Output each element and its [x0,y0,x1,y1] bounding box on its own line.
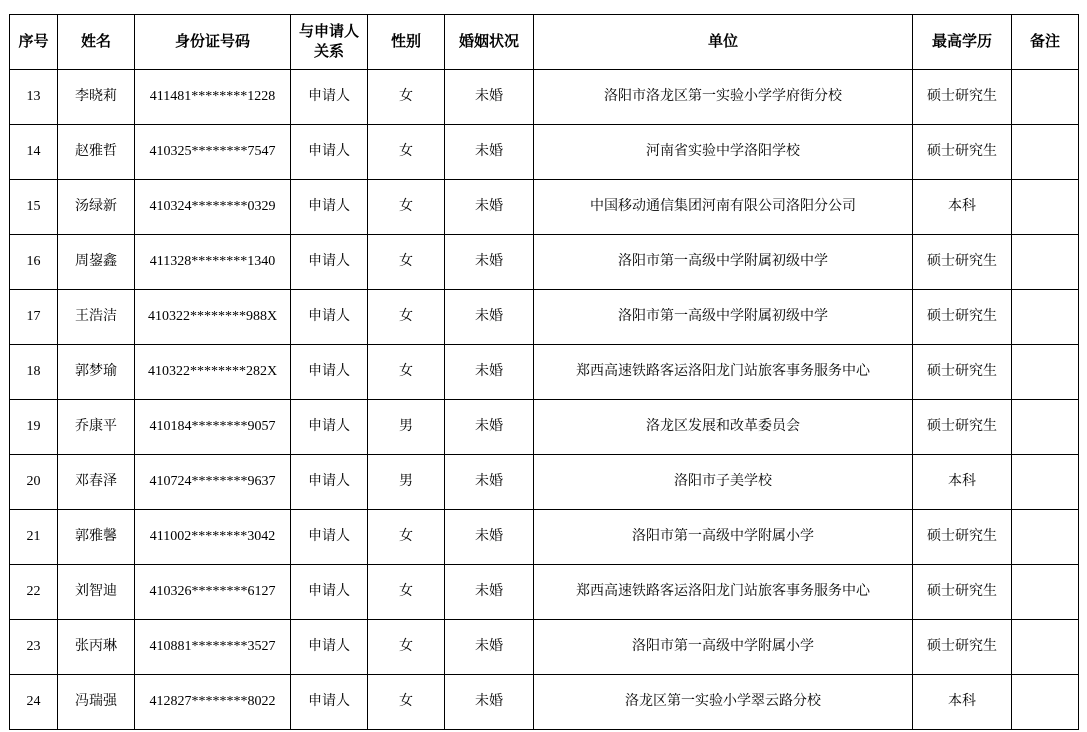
table-cell-name: 王浩洁 [58,290,135,345]
table-cell-name: 汤绿新 [58,180,135,235]
table-cell-education: 硕士研究生 [913,510,1012,565]
table-cell-education: 硕士研究生 [913,565,1012,620]
table-cell-seq: 23 [10,620,58,675]
table-cell-gender: 女 [368,235,445,290]
table-cell-gender: 女 [368,290,445,345]
table-cell-relation: 申请人 [291,180,368,235]
table-cell-gender: 女 [368,510,445,565]
table-cell-seq: 13 [10,70,58,125]
table-cell-education: 硕士研究生 [913,290,1012,345]
column-header-education: 最高学历 [913,15,1012,70]
table-cell-gender: 女 [368,675,445,730]
table-cell-id: 411328********1340 [135,235,291,290]
table-cell-marital: 未婚 [445,620,534,675]
table-cell-remark [1012,620,1079,675]
applicant-table: 序号 姓名 身份证号码 与申请人关系 性别 婚姻状况 单位 最高学历 备注 13… [9,14,1079,730]
table-cell-relation: 申请人 [291,235,368,290]
column-header-remark: 备注 [1012,15,1079,70]
table-cell-remark [1012,565,1079,620]
table-cell-education: 硕士研究生 [913,400,1012,455]
table-cell-relation: 申请人 [291,675,368,730]
table-cell-relation: 申请人 [291,125,368,180]
table-cell-unit: 洛阳市洛龙区第一实验小学学府街分校 [534,70,913,125]
table-cell-marital: 未婚 [445,675,534,730]
table-cell-id: 411481********1228 [135,70,291,125]
table-cell-unit: 洛龙区发展和改革委员会 [534,400,913,455]
table-row: 13李晓莉411481********1228申请人女未婚洛阳市洛龙区第一实验小… [10,70,1079,125]
table-cell-remark [1012,180,1079,235]
table-cell-name: 赵雅哲 [58,125,135,180]
table-cell-name: 郭雅馨 [58,510,135,565]
table-cell-marital: 未婚 [445,70,534,125]
table-cell-unit: 中国移动通信集团河南有限公司洛阳分公司 [534,180,913,235]
table-body: 13李晓莉411481********1228申请人女未婚洛阳市洛龙区第一实验小… [10,70,1079,730]
table-cell-id: 410724********9637 [135,455,291,510]
table-cell-marital: 未婚 [445,455,534,510]
table-cell-name: 刘智迪 [58,565,135,620]
table-cell-gender: 女 [368,125,445,180]
table-cell-education: 硕士研究生 [913,70,1012,125]
column-header-gender: 性别 [368,15,445,70]
table-cell-name: 冯瑞强 [58,675,135,730]
table-cell-name: 周鋆鑫 [58,235,135,290]
table-row: 22刘智迪410326********6127申请人女未婚郑西高速铁路客运洛阳龙… [10,565,1079,620]
table-cell-remark [1012,125,1079,180]
table-cell-marital: 未婚 [445,345,534,400]
table-cell-marital: 未婚 [445,180,534,235]
table-row: 14赵雅哲410325********7547申请人女未婚河南省实验中学洛阳学校… [10,125,1079,180]
table-cell-unit: 郑西高速铁路客运洛阳龙门站旅客事务服务中心 [534,345,913,400]
table-cell-seq: 14 [10,125,58,180]
table-cell-id: 411002********3042 [135,510,291,565]
table-cell-unit: 郑西高速铁路客运洛阳龙门站旅客事务服务中心 [534,565,913,620]
table-cell-unit: 洛阳市第一高级中学附属小学 [534,510,913,565]
table-row: 21郭雅馨411002********3042申请人女未婚洛阳市第一高级中学附属… [10,510,1079,565]
table-cell-gender: 男 [368,455,445,510]
table-cell-education: 本科 [913,455,1012,510]
table-cell-name: 乔康平 [58,400,135,455]
table-cell-unit: 洛阳市子美学校 [534,455,913,510]
table-cell-relation: 申请人 [291,455,368,510]
table-row: 20邓春泽410724********9637申请人男未婚洛阳市子美学校本科 [10,455,1079,510]
table-cell-id: 410322********988X [135,290,291,345]
table-cell-marital: 未婚 [445,510,534,565]
table-cell-gender: 女 [368,620,445,675]
table-row: 23张丙琳410881********3527申请人女未婚洛阳市第一高级中学附属… [10,620,1079,675]
table-row: 16周鋆鑫411328********1340申请人女未婚洛阳市第一高级中学附属… [10,235,1079,290]
table-row: 19乔康平410184********9057申请人男未婚洛龙区发展和改革委员会… [10,400,1079,455]
table-cell-remark [1012,290,1079,345]
table-cell-gender: 女 [368,565,445,620]
table-cell-seq: 19 [10,400,58,455]
table-cell-id: 410326********6127 [135,565,291,620]
table-row: 17王浩洁410322********988X申请人女未婚洛阳市第一高级中学附属… [10,290,1079,345]
column-header-unit: 单位 [534,15,913,70]
table-cell-id: 410184********9057 [135,400,291,455]
column-header-name: 姓名 [58,15,135,70]
table-cell-education: 硕士研究生 [913,235,1012,290]
table-cell-name: 郭梦瑜 [58,345,135,400]
table-header: 序号 姓名 身份证号码 与申请人关系 性别 婚姻状况 单位 最高学历 备注 [10,15,1079,70]
table-cell-education: 硕士研究生 [913,620,1012,675]
table-cell-remark [1012,400,1079,455]
table-cell-relation: 申请人 [291,565,368,620]
table-cell-remark [1012,510,1079,565]
column-header-relation: 与申请人关系 [291,15,368,70]
table-cell-seq: 24 [10,675,58,730]
table-row: 15汤绿新410324********0329申请人女未婚中国移动通信集团河南有… [10,180,1079,235]
table-cell-seq: 16 [10,235,58,290]
table-cell-name: 张丙琳 [58,620,135,675]
table-cell-relation: 申请人 [291,400,368,455]
table-cell-relation: 申请人 [291,510,368,565]
table-cell-remark [1012,70,1079,125]
table-cell-seq: 21 [10,510,58,565]
applicant-roster: 序号 姓名 身份证号码 与申请人关系 性别 婚姻状况 单位 最高学历 备注 13… [9,14,1078,724]
table-cell-relation: 申请人 [291,290,368,345]
table-cell-gender: 男 [368,400,445,455]
table-cell-marital: 未婚 [445,290,534,345]
table-cell-remark [1012,345,1079,400]
table-cell-marital: 未婚 [445,565,534,620]
table-cell-gender: 女 [368,70,445,125]
table-cell-gender: 女 [368,345,445,400]
table-cell-remark [1012,675,1079,730]
table-cell-marital: 未婚 [445,400,534,455]
table-cell-education: 硕士研究生 [913,345,1012,400]
column-header-id: 身份证号码 [135,15,291,70]
table-cell-marital: 未婚 [445,125,534,180]
table-cell-unit: 洛阳市第一高级中学附属初级中学 [534,290,913,345]
table-cell-id: 410325********7547 [135,125,291,180]
table-cell-id: 410324********0329 [135,180,291,235]
table-cell-gender: 女 [368,180,445,235]
table-cell-unit: 洛阳市第一高级中学附属小学 [534,620,913,675]
table-cell-education: 本科 [913,675,1012,730]
table-cell-seq: 18 [10,345,58,400]
table-cell-seq: 17 [10,290,58,345]
table-cell-relation: 申请人 [291,620,368,675]
column-header-marital: 婚姻状况 [445,15,534,70]
table-cell-seq: 20 [10,455,58,510]
table-cell-marital: 未婚 [445,235,534,290]
table-cell-id: 412827********8022 [135,675,291,730]
table-cell-name: 李晓莉 [58,70,135,125]
table-cell-unit: 洛阳市第一高级中学附属初级中学 [534,235,913,290]
column-header-seq: 序号 [10,15,58,70]
table-cell-education: 本科 [913,180,1012,235]
table-row: 18郭梦瑜410322********282X申请人女未婚郑西高速铁路客运洛阳龙… [10,345,1079,400]
table-cell-name: 邓春泽 [58,455,135,510]
table-cell-id: 410881********3527 [135,620,291,675]
table-cell-relation: 申请人 [291,345,368,400]
table-cell-seq: 22 [10,565,58,620]
table-cell-seq: 15 [10,180,58,235]
table-cell-remark [1012,235,1079,290]
table-cell-remark [1012,455,1079,510]
header-row: 序号 姓名 身份证号码 与申请人关系 性别 婚姻状况 单位 最高学历 备注 [10,15,1079,70]
table-cell-relation: 申请人 [291,70,368,125]
table-row: 24冯瑞强412827********8022申请人女未婚洛龙区第一实验小学翠云… [10,675,1079,730]
table-cell-education: 硕士研究生 [913,125,1012,180]
table-cell-unit: 洛龙区第一实验小学翠云路分校 [534,675,913,730]
table-cell-id: 410322********282X [135,345,291,400]
table-cell-unit: 河南省实验中学洛阳学校 [534,125,913,180]
